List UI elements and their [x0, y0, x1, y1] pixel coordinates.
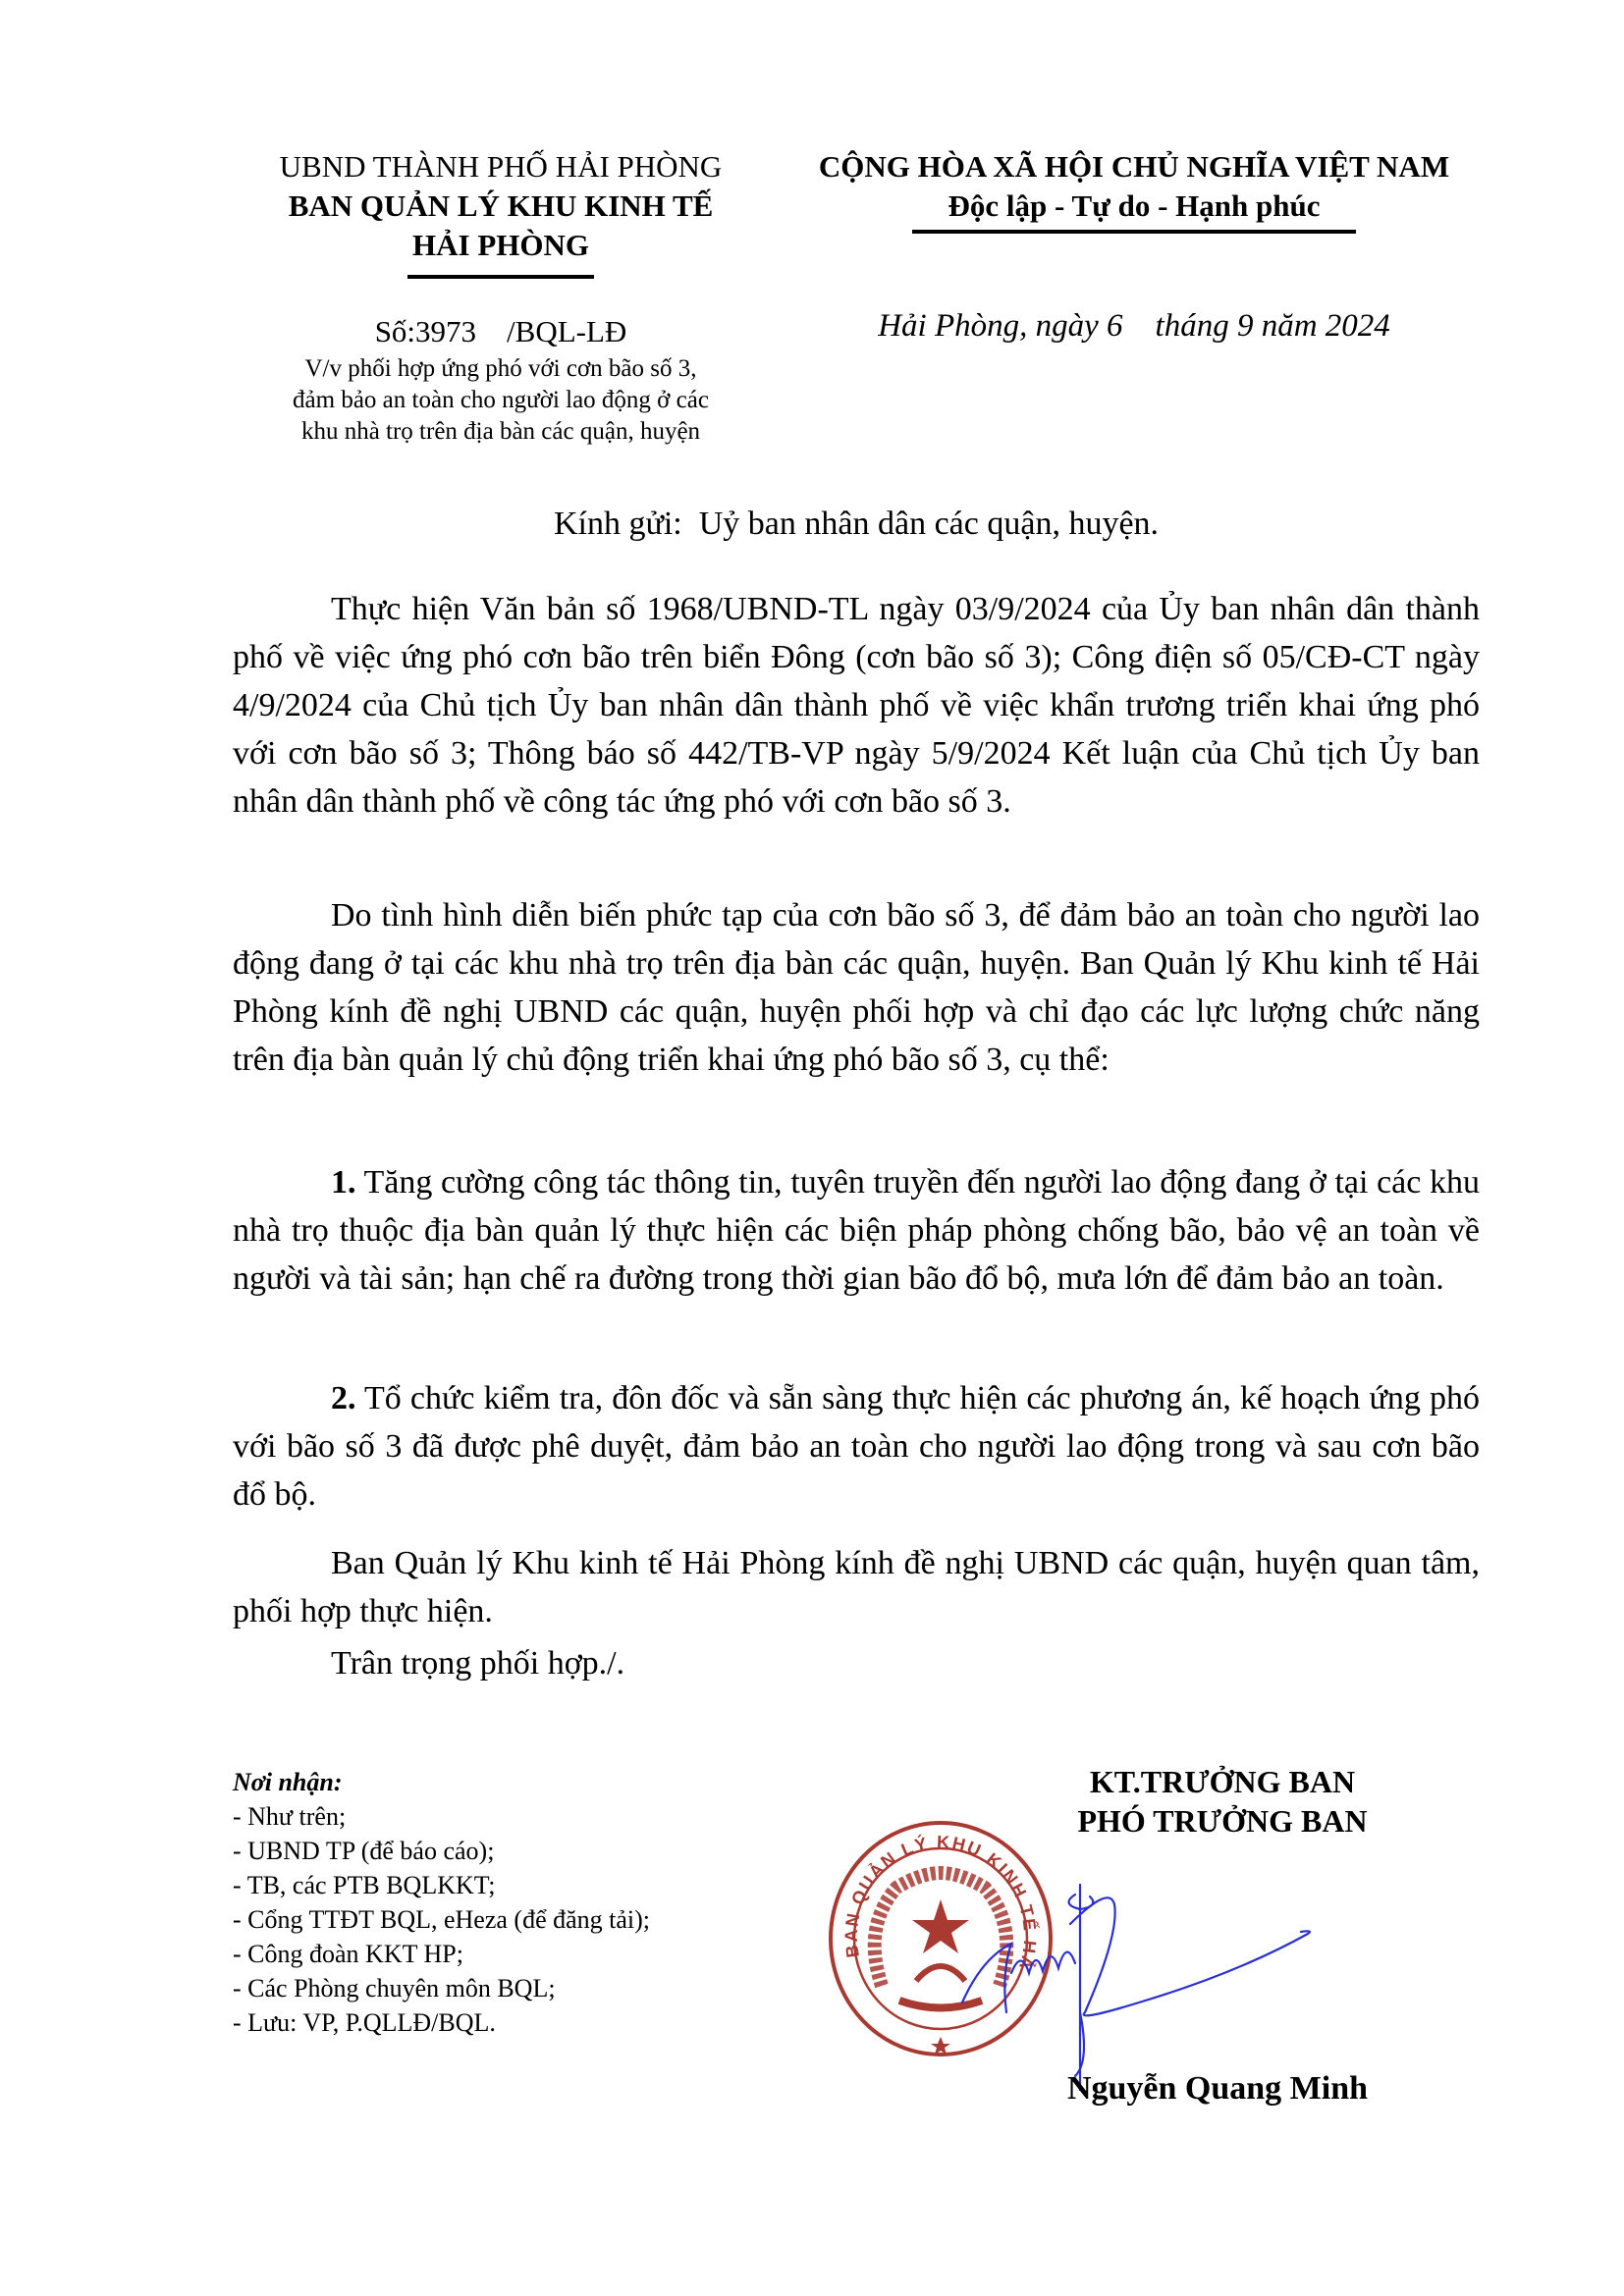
closing-text: Trân trọng phối hợp./. [233, 1639, 1480, 1687]
authority-parent: UBND THÀNH PHỐ HẢI PHÒNG [236, 147, 766, 187]
recipient-item: - Lưu: VP, P.QLLĐ/BQL. [233, 2005, 822, 2040]
subject-line: đảm bảo an toàn cho người lao động ở các [236, 385, 766, 416]
authority-name-line1: BAN QUẢN LÝ KHU KINH TẾ [236, 187, 766, 226]
signer-name: Nguyễn Quang Minh [992, 2069, 1443, 2109]
recipient-item: - Công đoàn KKT HP; [233, 1937, 822, 1971]
document-number: Số:3973 /BQL-LĐ [236, 312, 766, 351]
handwritten-signature-icon [943, 1865, 1355, 2091]
item-text: Tăng cường công tác thông tin, tuyên tru… [233, 1164, 1480, 1297]
motto: Độc lập - Tự do - Hạnh phúc [776, 187, 1492, 226]
numbered-item-1: 1. Tăng cường công tác thông tin, tuyên … [233, 1158, 1480, 1303]
numbered-item-2: 2. Tổ chức kiểm tra, đôn đốc và sẵn sàng… [233, 1374, 1480, 1519]
motto-underline [912, 230, 1356, 234]
paragraph-text: Do tình hình diễn biến phức tạp của cơn … [233, 891, 1480, 1084]
recipient-item: - TB, các PTB BQLKKT; [233, 1868, 822, 1902]
recipient-item: - Các Phòng chuyên môn BQL; [233, 1971, 822, 2005]
recipient-item: - Cổng TTĐT BQL, eHeza (để đăng tải); [233, 1902, 822, 1937]
national-motto: CỘNG HÒA XÃ HỘI CHỦ NGHĨA VIỆT NAM Độc l… [776, 147, 1492, 234]
closing: Trân trọng phối hợp./. [233, 1639, 1480, 1687]
item-number: 2. [331, 1380, 356, 1416]
item-text: Tổ chức kiểm tra, đôn đốc và sẵn sàng th… [233, 1380, 1480, 1513]
document-subject: V/v phối hợp ứng phó với cơn bão số 3, đ… [236, 353, 766, 448]
body-paragraph: Thực hiện Văn bản số 1968/UBND-TL ngày 0… [233, 585, 1480, 826]
item-number: 1. [331, 1164, 356, 1201]
signature-title-line: PHÓ TRƯỞNG BAN [1001, 1801, 1443, 1841]
recipients-title: Nơi nhận: [233, 1765, 822, 1799]
subject-line: khu nhà trọ trên địa bàn các quận, huyện [236, 416, 766, 448]
signature-title: KT.TRƯỞNG BAN PHÓ TRƯỞNG BAN [1001, 1762, 1443, 1841]
country-name: CỘNG HÒA XÃ HỘI CHỦ NGHĨA VIỆT NAM [776, 147, 1492, 187]
signature-title-line: KT.TRƯỞNG BAN [1001, 1762, 1443, 1801]
date-line: Hải Phòng, ngày 6 tháng 9 năm 2024 [776, 306, 1492, 346]
body-paragraph: Ban Quản lý Khu kinh tế Hải Phòng kính đ… [233, 1539, 1480, 1635]
recipients-list: Nơi nhận: - Như trên; - UBND TP (để báo … [233, 1765, 822, 2040]
authority-name-line2: HẢI PHÒNG [236, 226, 766, 265]
issuing-authority: UBND THÀNH PHỐ HẢI PHÒNG BAN QUẢN LÝ KHU… [236, 147, 766, 279]
recipient: Kính gửi: Uỷ ban nhân dân các quận, huyệ… [233, 503, 1480, 546]
recipient-item: - UBND TP (để báo cáo); [233, 1834, 822, 1868]
authority-underline [407, 275, 594, 279]
body-paragraph: Do tình hình diễn biến phức tạp của cơn … [233, 891, 1480, 1084]
paragraph-text: Thực hiện Văn bản số 1968/UBND-TL ngày 0… [233, 585, 1480, 826]
recipient-item: - Như trên; [233, 1799, 822, 1834]
paragraph-text: Ban Quản lý Khu kinh tế Hải Phòng kính đ… [233, 1539, 1480, 1635]
subject-line: V/v phối hợp ứng phó với cơn bão số 3, [236, 353, 766, 385]
